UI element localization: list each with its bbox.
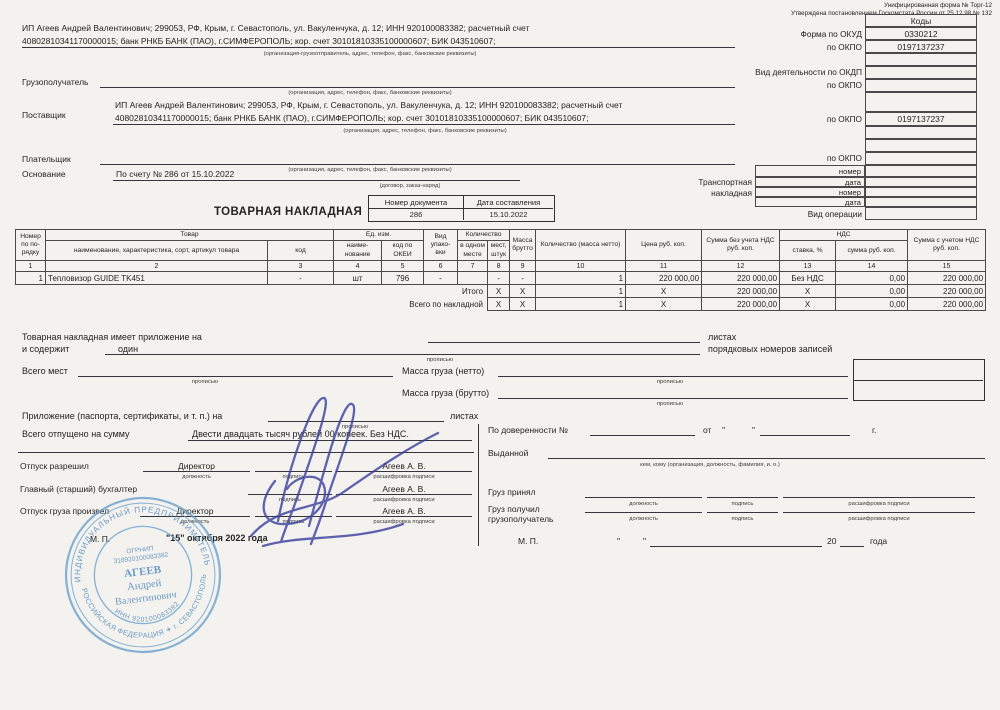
fill-line	[113, 180, 520, 181]
group-header-ed-izm: Ед. изм.	[334, 230, 424, 241]
cell-okei: 796	[382, 272, 424, 285]
page-title: ТОВАРНАЯ НАКЛАДНАЯ	[214, 206, 362, 218]
fill-line	[22, 47, 735, 48]
col-num: 6	[424, 261, 458, 272]
doc-date-label: Дата составления	[464, 196, 553, 209]
mass-net-label: Масса груза (нетто)	[402, 366, 484, 376]
totals-cell: X	[780, 298, 836, 311]
total-places-label: Всего мест	[22, 366, 68, 376]
column-number-row: 1 2 3 4 5 6 7 8 9 10 11 12 13 14 15	[16, 261, 986, 272]
col-header-qty-net: Количество (масса нетто)	[536, 230, 626, 261]
col-num: 12	[702, 261, 780, 272]
cell-name: Тепловизор GUIDE TK451	[46, 272, 268, 285]
cell-sum-no-vat: 220 000,00	[702, 272, 780, 285]
basis-caption: (договор, заказ-наряд)	[280, 183, 540, 189]
cell-row-number: 1	[16, 272, 46, 285]
col-num: 3	[268, 261, 334, 272]
cargo-accepted-label: Груз принял	[488, 487, 536, 497]
totals-cell: X	[488, 298, 510, 311]
fill-line	[650, 546, 822, 547]
fill-line	[707, 512, 778, 513]
fill-line	[783, 497, 975, 498]
fill-line	[590, 435, 695, 436]
issued-label: Выданной	[488, 448, 528, 458]
totals-cell: X	[780, 285, 836, 298]
propis-caption: прописью	[520, 401, 820, 407]
torg12-waybill-scan: Унифицированная форма № Торг-12 Утвержде…	[0, 0, 1000, 710]
cell-packaging: -	[424, 272, 458, 285]
supplier-text-line2: 40802810341170000015; банк РНКБ БАНК (ПА…	[115, 113, 588, 123]
totals-cell: 1	[536, 285, 626, 298]
fill-line	[585, 497, 702, 498]
col-header-price: Цена руб. коп.	[626, 230, 702, 261]
stamp-patronymic: Валентинович	[115, 589, 178, 607]
col-header-gross-mass: Масса брутто	[510, 230, 536, 261]
fill-line	[707, 497, 778, 498]
shipper-text-line2: 40802810341170000015; банк РНКБ БАНК (ПА…	[22, 36, 495, 46]
fill-line	[840, 546, 864, 547]
fill-line	[428, 342, 700, 343]
cargo-received-label-line1: Груз получил	[488, 504, 540, 514]
signature-name-caption: расшифровка подписи	[783, 501, 975, 507]
col-num: 15	[908, 261, 986, 272]
year-20-label: 20	[827, 536, 836, 546]
cell-vat-sum: 0,00	[836, 272, 908, 285]
group-header-tovar: Товар	[46, 230, 334, 241]
org-caption: (организация, адрес, телефон, факс, банк…	[200, 128, 650, 134]
col-num: 13	[780, 261, 836, 272]
totals-cell: X	[510, 285, 536, 298]
supplier-text-line1: ИП Агеев Андрей Валентинович; 299053, РФ…	[115, 100, 622, 110]
totals-cell: 220 000,00	[702, 298, 780, 311]
col-num: 5	[382, 261, 424, 272]
transport-number1-label: номер	[755, 165, 865, 177]
totals-cell: X	[488, 285, 510, 298]
warrant-label: По доверенности №	[488, 425, 568, 435]
cell-sum-with-vat: 220 000,00	[908, 272, 986, 285]
cell-qty: 1	[536, 272, 626, 285]
totals-cell: X	[510, 298, 536, 311]
total-sum-label: Всего отпущено на сумму	[22, 429, 130, 439]
totals-cell: 0,00	[836, 285, 908, 298]
totals-cell: 0,00	[836, 298, 908, 311]
col-header-vat-rate: ставка, %	[780, 241, 836, 261]
handwritten-signature-ink	[233, 386, 448, 558]
position-caption: должность	[585, 516, 702, 522]
totals-cell: X	[626, 285, 702, 298]
col-num: 14	[836, 261, 908, 272]
group-header-quantity: Количество	[458, 230, 510, 241]
col-header-sum-no-vat: Сумма без учета НДС руб. коп.	[702, 230, 780, 261]
chief-accountant-label: Главный (старший) бухгалтер	[20, 484, 137, 494]
transport-date2-value-cell	[865, 197, 977, 207]
col-num: 9	[510, 261, 536, 272]
empty-code-cell	[865, 92, 977, 112]
col-header-in-one-place: в одном месте	[458, 241, 488, 261]
consignee-label: Грузополучатель	[22, 77, 89, 87]
totals-row-vsego: Всего по накладной X X 1 X 220 000,00 X …	[16, 298, 986, 311]
section-divider	[478, 424, 479, 546]
doc-number-label: Номер документа	[369, 196, 464, 209]
okud-label: Форма по ОКУД	[620, 29, 862, 39]
warrant-year-label: г.	[872, 425, 876, 435]
org-caption: (организация, адрес, телефон, факс, банк…	[120, 90, 620, 96]
totals-cell: 1	[536, 298, 626, 311]
fill-line	[760, 435, 850, 436]
fill-line	[78, 376, 393, 377]
quote-mark: "	[752, 425, 755, 435]
col-num: 4	[334, 261, 382, 272]
propis-caption: прописью	[300, 357, 580, 363]
okpo-supplier-value-cell: 0197137237	[865, 112, 977, 126]
fill-line	[548, 458, 985, 459]
cell-unit: шт	[334, 272, 382, 285]
quote-mark: "	[617, 536, 620, 546]
totals-cell: 220 000,00	[908, 285, 986, 298]
propis-caption: прописью	[60, 379, 350, 385]
fill-line	[783, 512, 975, 513]
sheets-label: листах	[708, 332, 736, 342]
activity-okdp-label: Вид деятельности по ОКДП	[620, 67, 862, 77]
operation-label: Вид операции	[560, 209, 862, 219]
round-stamp: ИНДИВИДУАЛЬНЫЙ ПРЕДПРИНИМАТЕЛЬ РОССИЙСКА…	[53, 485, 234, 666]
contains-label: и содержит	[22, 344, 69, 354]
basis-label: Основание	[22, 169, 66, 179]
attachments-label: Приложение (паспорта, сертификаты, и т. …	[22, 411, 222, 421]
fill-line	[105, 354, 700, 355]
col-num: 10	[536, 261, 626, 272]
okpo-label: по ОКПО	[620, 80, 862, 90]
transport-waybill-label-line2: накладная	[620, 188, 752, 198]
year-word-label: года	[870, 536, 887, 546]
ordinal-label: порядковых номеров записей	[708, 344, 832, 354]
okpo-shipper-value-cell: 0197137237	[865, 40, 977, 53]
contains-value: один	[118, 344, 138, 354]
totals-cell: X	[626, 298, 702, 311]
transport-number2-label: номер	[755, 187, 865, 197]
transport-date1-value-cell	[865, 177, 977, 187]
col-num: 7	[458, 261, 488, 272]
col-header-vat-sum: сумма руб. коп.	[836, 241, 908, 261]
col-header-places: мест, штук	[488, 241, 510, 261]
okpo-activity-value-cell	[865, 79, 977, 92]
col-header-unit-name: наиме- нование	[334, 241, 382, 261]
doc-number-box: Номер документа Дата составления 286 15.…	[368, 195, 555, 222]
col-header-packaging: Вид упако- вки	[424, 230, 458, 261]
col-header-number: Номер по по- рядку	[16, 230, 46, 261]
warrant-ot-label: от	[703, 425, 711, 435]
col-num: 11	[626, 261, 702, 272]
empty-code-cell	[865, 53, 977, 66]
transport-waybill-label-line1: Транспортная	[620, 177, 752, 187]
totals-label: Всего по накладной	[16, 298, 488, 311]
propis-caption: прописью	[520, 379, 820, 385]
col-header-okei-code: код по ОКЕИ	[382, 241, 424, 261]
col-header-sum-with-vat: Сумма с учетом НДС руб. коп.	[908, 230, 986, 261]
col-num: 1	[16, 261, 46, 272]
codes-header-cell: Коды	[865, 14, 977, 27]
fill-line	[498, 376, 848, 377]
basis-value: По счету № 286 от 15.10.2022	[116, 169, 234, 179]
okpo-label: по ОКПО	[620, 153, 862, 163]
quote-mark: "	[722, 425, 725, 435]
mass-box-divider	[854, 380, 983, 381]
col-header-code: код	[268, 241, 334, 261]
cell-price: 220 000,00	[626, 272, 702, 285]
issued-caption: кем, кому (организация, должность, фамил…	[560, 462, 860, 468]
signature-caption: подпись	[707, 501, 778, 507]
col-num: 8	[488, 261, 510, 272]
transport-date1-label: дата	[755, 177, 865, 187]
position-caption: должность	[585, 501, 702, 507]
fill-line	[498, 398, 848, 399]
fill-line	[585, 512, 702, 513]
shipper-caption: (организация-грузоотправитель, адрес, те…	[120, 51, 620, 57]
doc-date-value: 15.10.2022	[464, 209, 553, 220]
empty-code-cell	[865, 126, 977, 139]
okpo-label: по ОКПО	[620, 114, 862, 124]
empty-code-cell	[865, 139, 977, 152]
doc-number-value: 286	[369, 209, 464, 220]
supplier-label: Поставщик	[22, 110, 66, 120]
fill-line	[100, 87, 735, 88]
cell-gross: -	[510, 272, 536, 285]
col-num: 2	[46, 261, 268, 272]
attach-sheets-label: листах	[450, 411, 478, 421]
mass-values-box	[853, 359, 985, 401]
shipper-text-line1: ИП Агеев Андрей Валентинович; 299053, РФ…	[22, 23, 529, 33]
cargo-received-label-line2: грузополучатель	[488, 514, 553, 524]
okud-value-cell: 0330212	[865, 27, 977, 40]
quote-mark: "	[643, 536, 646, 546]
fill-line	[100, 164, 735, 165]
okpo-payer-value-cell	[865, 152, 977, 165]
mp-label: М. П.	[518, 536, 538, 546]
fill-line	[113, 124, 735, 125]
goods-row: 1 Тепловизор GUIDE TK451 - шт 796 - - - …	[16, 272, 986, 285]
release-allowed-label: Отпуск разрешил	[20, 461, 89, 471]
col-header-name: наименование, характеристика, сорт, арти…	[46, 241, 268, 261]
signature-name-caption: расшифровка подписи	[783, 516, 975, 522]
appendix-on-label: Товарная накладная имеет приложение на	[22, 332, 202, 342]
cell-places: -	[488, 272, 510, 285]
totals-cell: 220 000,00	[908, 298, 986, 311]
transport-number2-value-cell	[865, 187, 977, 197]
operation-value-cell	[865, 207, 977, 220]
transport-number1-value-cell	[865, 165, 977, 177]
form-meta-line1: Унифицированная форма № Торг-12	[560, 2, 992, 9]
cell-code: -	[268, 272, 334, 285]
cell-in-one-place	[458, 272, 488, 285]
goods-table: Номер по по- рядку Товар Ед. изм. Вид уп…	[15, 229, 986, 311]
totals-row-itogo: Итого X X 1 X 220 000,00 X 0,00 220 000,…	[16, 285, 986, 298]
totals-label: Итого	[16, 285, 488, 298]
signature-caption: подпись	[707, 516, 778, 522]
totals-cell: 220 000,00	[702, 285, 780, 298]
cell-vat-rate: Без НДС	[780, 272, 836, 285]
transport-date2-label: дата	[755, 197, 865, 207]
okdp-value-cell	[865, 66, 977, 79]
group-header-vat: НДС	[780, 230, 908, 241]
payer-label: Плательщик	[22, 154, 71, 164]
